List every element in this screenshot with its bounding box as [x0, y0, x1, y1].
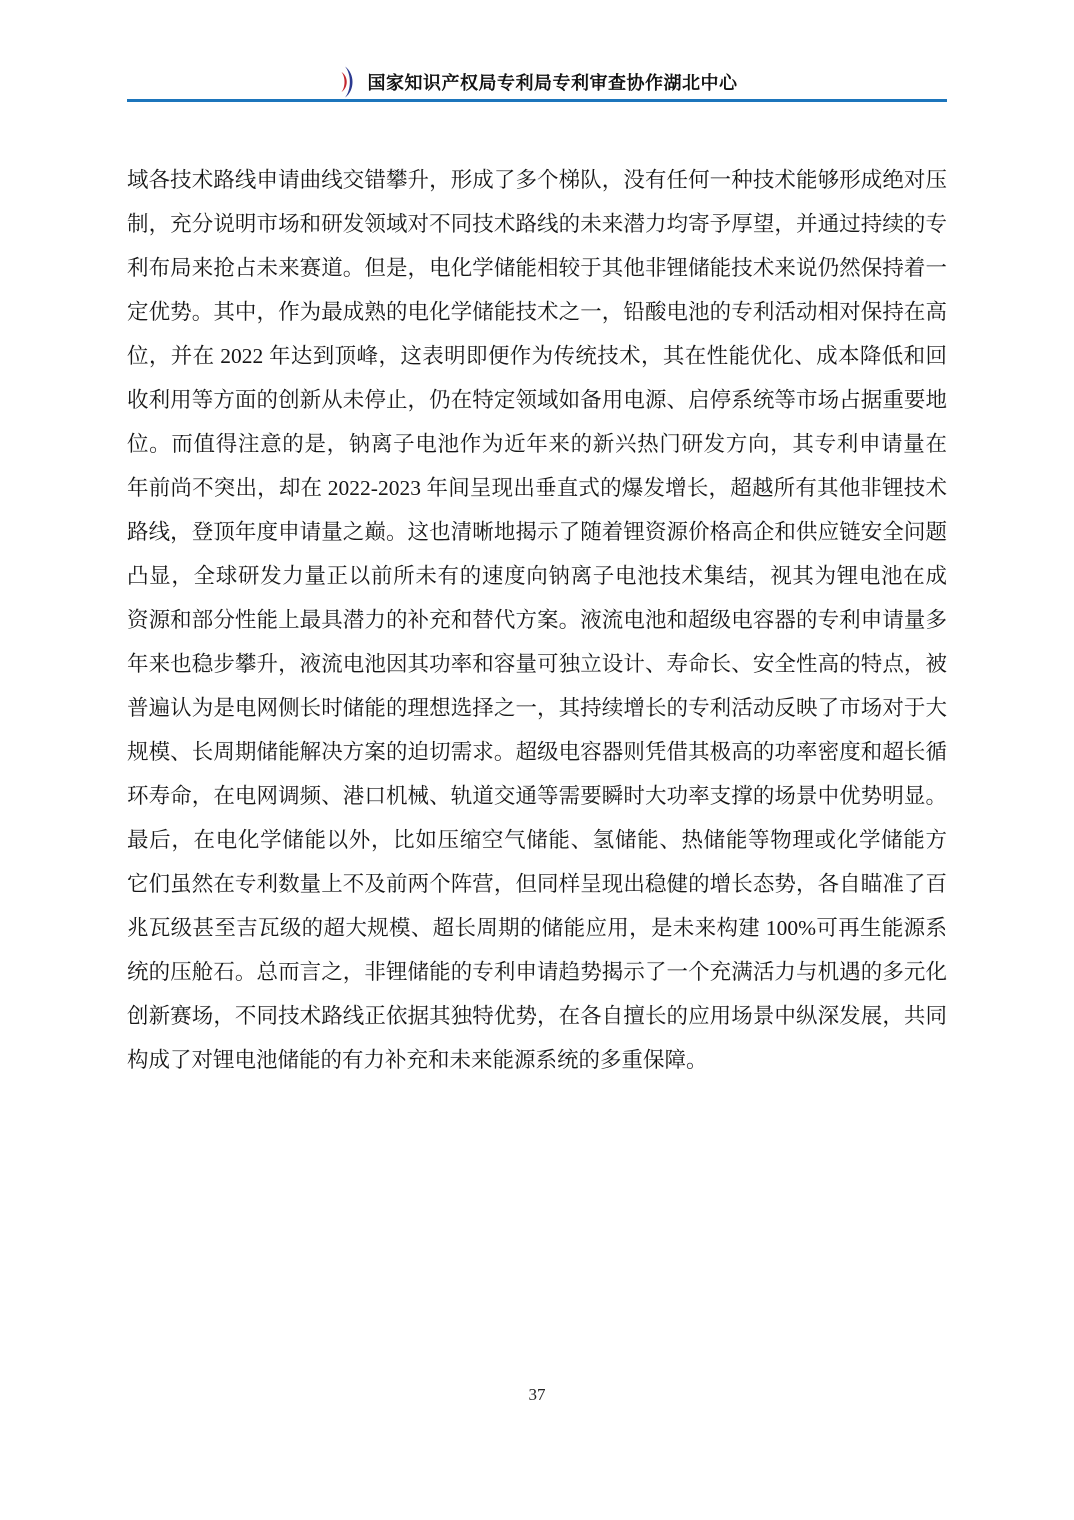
body-text-line: 路线，登顶年度申请量之巅。这也清晰地揭示了随着锂资源价格高企和供应链安全问题 — [127, 510, 947, 554]
logo-inner-swoosh — [341, 72, 346, 92]
body-text-line: 最后，在电化学储能以外，比如压缩空气储能、氢储能、热储能等物理或化学储能方式， — [127, 818, 947, 862]
body-text-line: 位，并在 2022 年达到顶峰，这表明即便作为传统技术，其在性能优化、成本降低和… — [127, 334, 947, 378]
body-text-line: 规模、长周期储能解决方案的迫切需求。超级电容器则凭借其极高的功率密度和超长循 — [127, 730, 947, 774]
page-header: 国家知识产权局专利局专利审查协作湖北中心 — [0, 66, 1074, 98]
body-text-line: 年前尚不突出，却在 2022-2023 年间呈现出垂直式的爆发增长，超越所有其他… — [127, 466, 947, 510]
body-text-line: 利布局来抢占未来赛道。但是，电化学储能相较于其他非锂储能技术来说仍然保持着一 — [127, 246, 947, 290]
cnipa-hubei-center-logo-icon — [337, 66, 357, 98]
body-text-line: 创新赛场，不同技术路线正依据其独特优势，在各自擅长的应用场景中纵深发展，共同 — [127, 994, 947, 1038]
body-text-line: 定优势。其中，作为最成熟的电化学储能技术之一，铅酸电池的专利活动相对保持在高 — [127, 290, 947, 334]
body-text-line: 位。而值得注意的是，钠离子电池作为近年来的新兴热门研发方向，其专利申请量在 20… — [127, 422, 947, 466]
body-text-line: 制，充分说明市场和研发领域对不同技术路线的未来潜力均寄予厚望，并通过持续的专 — [127, 202, 947, 246]
body-text-line: 普遍认为是电网侧长时储能的理想选择之一，其持续增长的专利活动反映了市场对于大 — [127, 686, 947, 730]
body-text-line: 资源和部分性能上最具潜力的补充和替代方案。液流电池和超级电容器的专利申请量多 — [127, 598, 947, 642]
body-text-line: 统的压舱石。总而言之，非锂储能的专利申请趋势揭示了一个充满活力与机遇的多元化 — [127, 950, 947, 994]
body-text-line: 兆瓦级甚至吉瓦级的超大规模、超长周期的储能应用，是未来构建 100%可再生能源系 — [127, 906, 947, 950]
body-text-line: 收利用等方面的创新从未停止，仍在特定领域如备用电源、启停系统等市场占据重要地 — [127, 378, 947, 422]
document-page: 国家知识产权局专利局专利审查协作湖北中心 域各技术路线申请曲线交错攀升，形成了多… — [0, 0, 1074, 1520]
body-text-line: 年来也稳步攀升，液流电池因其功率和容量可独立设计、寿命长、安全性高的特点，被 — [127, 642, 947, 686]
header-title: 国家知识产权局专利局专利审查协作湖北中心 — [368, 69, 738, 95]
header-rule — [127, 99, 947, 102]
body-text-line: 构成了对锂电池储能的有力补充和未来能源系统的多重保障。 — [127, 1038, 947, 1082]
body-text-line: 域各技术路线申请曲线交错攀升，形成了多个梯队，没有任何一种技术能够形成绝对压 — [127, 158, 947, 202]
body-text-line: 它们虽然在专利数量上不及前两个阵营，但同样呈现出稳健的增长态势，各自瞄准了百 — [127, 862, 947, 906]
body-text-line: 凸显，全球研发力量正以前所未有的速度向钠离子电池技术集结，视其为锂电池在成本、 — [127, 554, 947, 598]
body-paragraph: 域各技术路线申请曲线交错攀升，形成了多个梯队，没有任何一种技术能够形成绝对压制，… — [127, 158, 947, 1082]
page-number: 37 — [0, 1385, 1074, 1405]
body-text-line: 环寿命，在电网调频、港口机械、轨道交通等需要瞬时大功率支撑的场景中优势明显。 — [127, 774, 947, 818]
